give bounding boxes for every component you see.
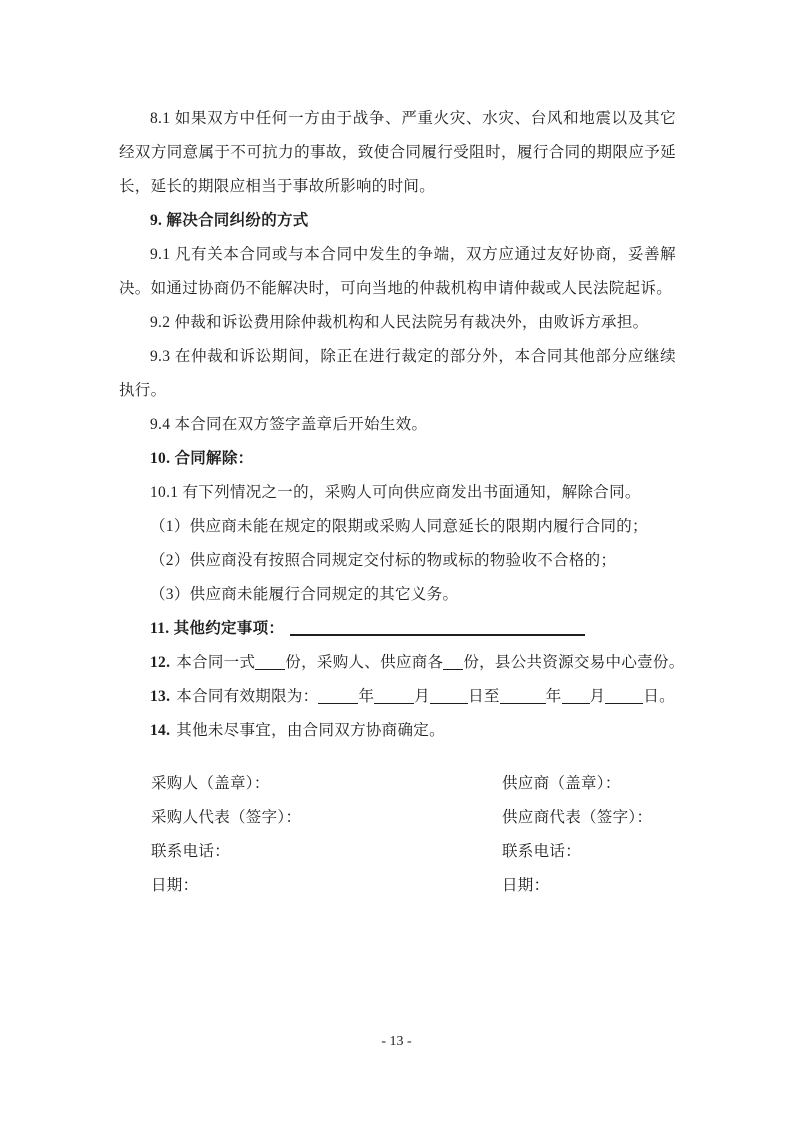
clause-13-text-3: 月 (414, 688, 430, 705)
purchaser-stamp-label: 采购人（盖章）： (151, 767, 502, 801)
clause-12: 12.本合同一式份，采购人、供应商各份，县公共资源交易中心壹份。 (119, 646, 676, 680)
contract-document-page: 8.1 如果双方中任何一方由于战争、严重火灾、水灾、台风和地震以及其它经双方同意… (0, 0, 793, 1122)
clause-12-text-2: 份，采购人、供应商各 (285, 654, 443, 671)
clause-13-text-7: 日。 (643, 688, 675, 705)
clause-13-blank-end-day (605, 700, 643, 704)
clause-13: 13.本合同有效期限为：年月日至年月日。 (119, 680, 676, 714)
clause-10-1: 10.1 有下列情况之一的，采购人可向供应商发出书面通知，解除合同。 (119, 476, 676, 510)
supplier-stamp-label: 供应商（盖章）： (502, 767, 676, 801)
clause-12-blank-total-copies (255, 666, 285, 670)
clause-10-item-2: （2）供应商没有按照合同规定交付标的物或标的物验收不合格的； (119, 544, 676, 578)
clause-12-text-3: 份，县公共资源交易中心壹份。 (463, 654, 684, 671)
clause-13-blank-start-day (430, 700, 468, 704)
clause-13-text-6: 月 (590, 688, 606, 705)
clause-11-label: 11. 其他约定事项： (150, 620, 284, 637)
clause-10-item-1: （1）供应商未能在规定的限期或采购人同意延长的限期内履行合同的； (119, 510, 676, 544)
clause-13-text-1: 本合同有效期限为： (176, 688, 318, 705)
clause-13-number: 13. (150, 688, 170, 705)
clause-12-blank-each-copies (443, 666, 463, 670)
clause-14: 14.其他未尽事宜，由合同双方协商确定。 (119, 714, 676, 748)
clause-14-number: 14. (150, 722, 170, 739)
clause-12-number: 12. (150, 654, 170, 671)
purchaser-representative-label: 采购人代表（签字）： (151, 801, 502, 835)
supplier-phone-label: 联系电话： (502, 835, 676, 869)
heading-clause-9: 9. 解决合同纠纷的方式 (119, 204, 676, 238)
purchaser-phone-label: 联系电话： (151, 835, 502, 869)
clause-13-text-5: 年 (546, 688, 562, 705)
clause-13-blank-start-month (374, 700, 414, 704)
clause-11: 11. 其他约定事项： (119, 612, 676, 646)
clause-8-1: 8.1 如果双方中任何一方由于战争、严重火灾、水灾、台风和地震以及其它经双方同意… (119, 102, 676, 204)
clause-9-4: 9.4 本合同在双方签字盖章后开始生效。 (119, 408, 676, 442)
clause-13-blank-end-month (562, 700, 590, 704)
clause-12-text-1: 本合同一式 (176, 654, 255, 671)
heading-clause-10: 10. 合同解除： (119, 442, 676, 476)
clause-9-2: 9.2 仲裁和诉讼费用除仲裁机构和人民法院另有裁决外，由败诉方承担。 (119, 306, 676, 340)
clause-9-3: 9.3 在仲裁和诉讼期间，除正在进行裁定的部分外，本合同其他部分应继续执行。 (119, 340, 676, 408)
clause-13-blank-start-year (318, 700, 358, 704)
contract-body: 8.1 如果双方中任何一方由于战争、严重火灾、水灾、台风和地震以及其它经双方同意… (119, 102, 676, 903)
clause-13-text-2: 年 (358, 688, 374, 705)
clause-10-item-3: （3）供应商未能履行合同规定的其它义务。 (119, 578, 676, 612)
signature-block: 采购人（盖章）： 采购人代表（签字）： 联系电话： 日期： 供应商（盖章）： 供… (119, 767, 676, 903)
clause-9-1: 9.1 凡有关本合同或与本合同中发生的争端，双方应通过友好协商，妥善解决。如通过… (119, 238, 676, 306)
purchaser-date-label: 日期： (151, 869, 502, 903)
supplier-date-label: 日期： (502, 869, 676, 903)
supplier-signature-column: 供应商（盖章）： 供应商代表（签字）： 联系电话： 日期： (502, 767, 676, 903)
purchaser-signature-column: 采购人（盖章）： 采购人代表（签字）： 联系电话： 日期： (151, 767, 502, 903)
supplier-representative-label: 供应商代表（签字）： (502, 801, 676, 835)
clause-13-text-4: 日至 (468, 688, 500, 705)
page-number: - 13 - (0, 1034, 793, 1050)
clause-14-text: 其他未尽事宜，由合同双方协商确定。 (176, 722, 445, 739)
clause-13-blank-end-year (500, 700, 546, 704)
clause-11-fill-line (290, 631, 585, 636)
